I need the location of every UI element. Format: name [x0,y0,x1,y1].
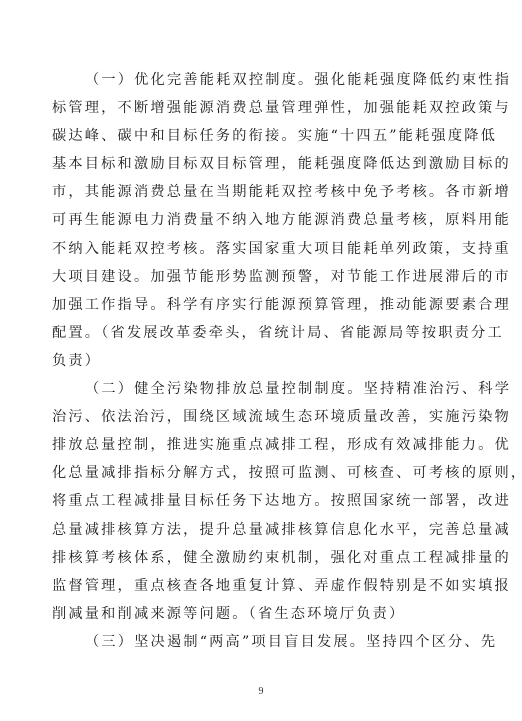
text-line: 不纳入能耗双控考核。落实国家重大项目能耗单列政策，支持重 [52,235,468,263]
text-line: 大项目建设。加强节能形势监测预警，对节能工作进展滞后的市 [52,263,468,291]
paragraph-1: （一）优化完善能耗双控制度。强化能耗强度降低约束性指 标管理，不断增强能源消费总… [52,66,468,375]
text-line: 排放总量控制，推进实施重点减排工程，形成有效减排能力。优 [52,431,468,459]
text-line: 治污、依法治污，围绕区域流域生态环境质量改善，实施污染物 [52,403,468,431]
text-line: （一）优化完善能耗双控制度。强化能耗强度降低约束性指 [52,66,468,94]
text-line: 削减量和削减来源等问题。（省生态环境厅负责） [52,600,468,628]
paragraph-2: （二）健全污染物排放总量控制制度。坚持精准治污、科学 治污、依法治污，围绕区域流… [52,375,468,628]
text-line: （三）坚决遏制“两高”项目盲目发展。坚持四个区分、先 [52,628,468,656]
text-line: 可再生能源电力消费量不纳入地方能源消费总量考核，原料用能 [52,206,468,234]
text-line: 配置。（省发展改革委牵头，省统计局、省能源局等按职责分工 [52,319,468,347]
text-line: 碳达峰、碳中和目标任务的衔接。实施“十四五”能耗强度降低 [52,122,468,150]
text-line: 化总量减排指标分解方式，按照可监测、可核查、可考核的原则， [52,459,468,487]
text-line: 基本目标和激励目标双目标管理，能耗强度降低达到激励目标的 [52,150,468,178]
text-line: 市，其能源消费总量在当期能耗双控考核中免予考核。各市新增 [52,178,468,206]
text-line: 排核算考核体系，健全激励约束机制，强化对重点工程减排量的 [52,544,468,572]
text-line: 将重点工程减排量目标任务下达地方。按照国家统一部署，改进 [52,487,468,515]
paragraph-3: （三）坚决遏制“两高”项目盲目发展。坚持四个区分、先 [52,628,468,656]
page-number: 9 [0,686,522,697]
text-line: 总量减排核算方法，提升总量减排核算信息化水平，完善总量减 [52,516,468,544]
text-line: 监督管理，重点核查各地重复计算、弄虚作假特别是不如实填报 [52,572,468,600]
document-page: （一）优化完善能耗双控制度。强化能耗强度降低约束性指 标管理，不断增强能源消费总… [0,0,522,721]
body-text: （一）优化完善能耗双控制度。强化能耗强度降低约束性指 标管理，不断增强能源消费总… [52,66,468,656]
text-line: （二）健全污染物排放总量控制制度。坚持精准治污、科学 [52,375,468,403]
text-line: 标管理，不断增强能源消费总量管理弹性，加强能耗双控政策与 [52,94,468,122]
text-line: 加强工作指导。科学有序实行能源预算管理，推动能源要素合理 [52,291,468,319]
text-line: 负责） [52,347,468,375]
